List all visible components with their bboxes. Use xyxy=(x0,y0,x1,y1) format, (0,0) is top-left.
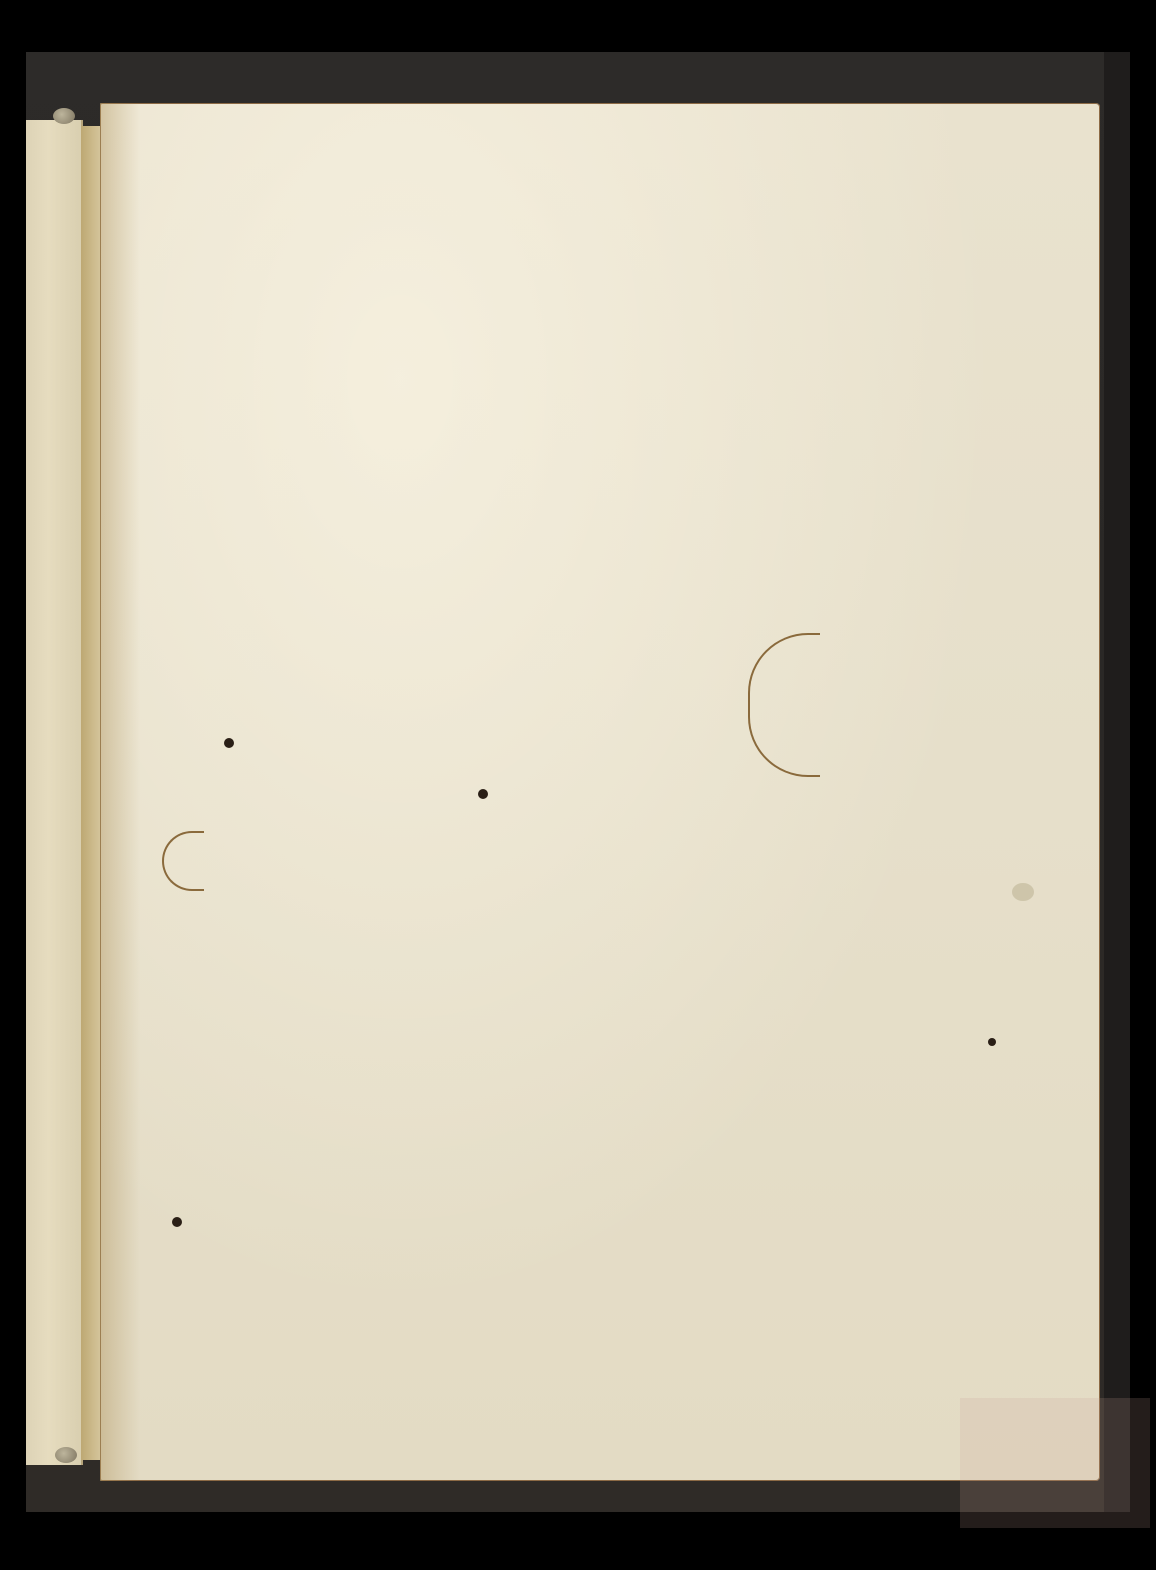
page-fold-shadow xyxy=(100,103,140,1481)
ink-dot xyxy=(172,1217,182,1227)
page-stain xyxy=(1012,883,1034,901)
ink-dot xyxy=(988,1038,996,1046)
binding-thread-knot-bottom xyxy=(55,1447,77,1463)
side-bracket xyxy=(748,633,820,777)
paragraph-bracket xyxy=(162,831,204,891)
manuscript-page xyxy=(100,103,1100,1481)
archive-logo-watermark xyxy=(960,1398,1150,1528)
board-edge xyxy=(1104,52,1130,1512)
ink-dot xyxy=(478,789,488,799)
folded-binding-strip xyxy=(26,120,83,1465)
binding-thread-knot-top xyxy=(53,108,75,124)
document-viewer xyxy=(0,0,1156,1570)
ink-dot xyxy=(224,738,234,748)
